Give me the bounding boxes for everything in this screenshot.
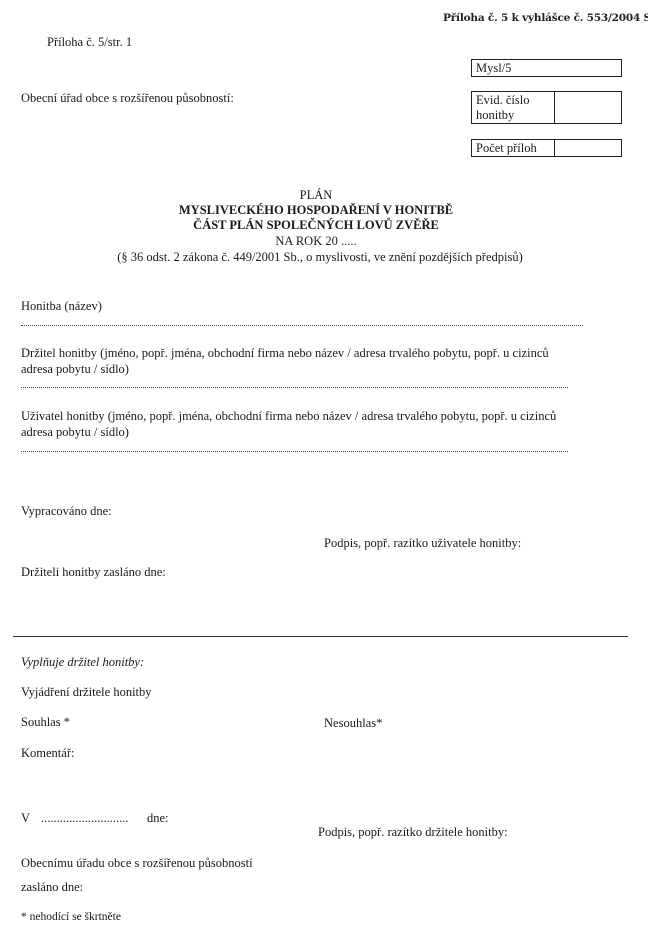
holder-field[interactable] <box>21 373 568 388</box>
evid-number-field[interactable] <box>554 92 621 123</box>
holder-statement-label: Vyjádření držitele honitby <box>21 684 152 700</box>
annex-reference: Příloha č. 5 k vyhlášce č. 553/2004 Sb. <box>443 10 648 26</box>
attachments-count-field[interactable] <box>554 140 621 156</box>
title-main: MYSLIVECKÉHO HOSPODAŘENÍ V HONITBĚ <box>0 203 632 219</box>
attachments-count-label: Počet příloh <box>472 140 554 156</box>
page-reference: Příloha č. 5/str. 1 <box>47 34 132 50</box>
title-year: NA ROK 20 ..... <box>0 234 632 250</box>
user-label-line1: Uživatel honitby (jméno, popř. jména, ob… <box>21 408 556 424</box>
sent-to-authority-line2: zasláno dne: <box>21 879 83 895</box>
place-field[interactable]: ............................ <box>41 810 129 826</box>
user-field[interactable] <box>21 437 568 452</box>
prepared-on-label: Vypracováno dne: <box>21 503 112 519</box>
place-prefix: V <box>21 810 30 826</box>
evid-label-line2: honitby <box>476 108 554 123</box>
disagree-option[interactable]: Nesouhlas* <box>324 715 382 731</box>
date-label: dne: <box>147 810 169 826</box>
title-plan: PLÁN <box>0 188 632 204</box>
holder-instruction: Vyplňuje držitel honitby: <box>21 654 144 670</box>
evid-label-line1: Evid. číslo <box>476 93 554 108</box>
footnote: * nehodící se škrtněte <box>21 909 121 925</box>
evid-number-box: Evid. číslo honitby <box>471 91 622 124</box>
authority-label: Obecní úřad obce s rozšířenou působností… <box>21 90 234 106</box>
attachments-count-box: Počet příloh <box>471 139 622 157</box>
form-code: Mysl/5 <box>472 60 511 76</box>
title-part: ČÁST PLÁN SPOLEČNÝCH LOVŮ ZVĚŘE <box>0 218 632 234</box>
hunting-ground-field[interactable] <box>21 311 583 326</box>
agree-option[interactable]: Souhlas * <box>21 714 70 730</box>
holder-signature-label: Podpis, popř. razítko držitele honitby: <box>318 824 508 840</box>
user-signature-label: Podpis, popř. razítko uživatele honitby: <box>324 535 521 551</box>
sent-to-authority-line1: Obecnímu úřadu obce s rozšířenou působno… <box>21 855 253 871</box>
evid-number-label: Evid. číslo honitby <box>472 92 554 123</box>
form-code-box: Mysl/5 <box>471 59 622 77</box>
section-divider <box>13 636 628 637</box>
sent-to-holder-label: Držiteli honitby zasláno dne: <box>21 564 166 580</box>
law-reference: (§ 36 odst. 2 zákona č. 449/2001 Sb., o … <box>4 250 636 266</box>
holder-label-line1: Držitel honitby (jméno, popř. jména, obc… <box>21 345 549 361</box>
comment-label: Komentář: <box>21 745 74 761</box>
